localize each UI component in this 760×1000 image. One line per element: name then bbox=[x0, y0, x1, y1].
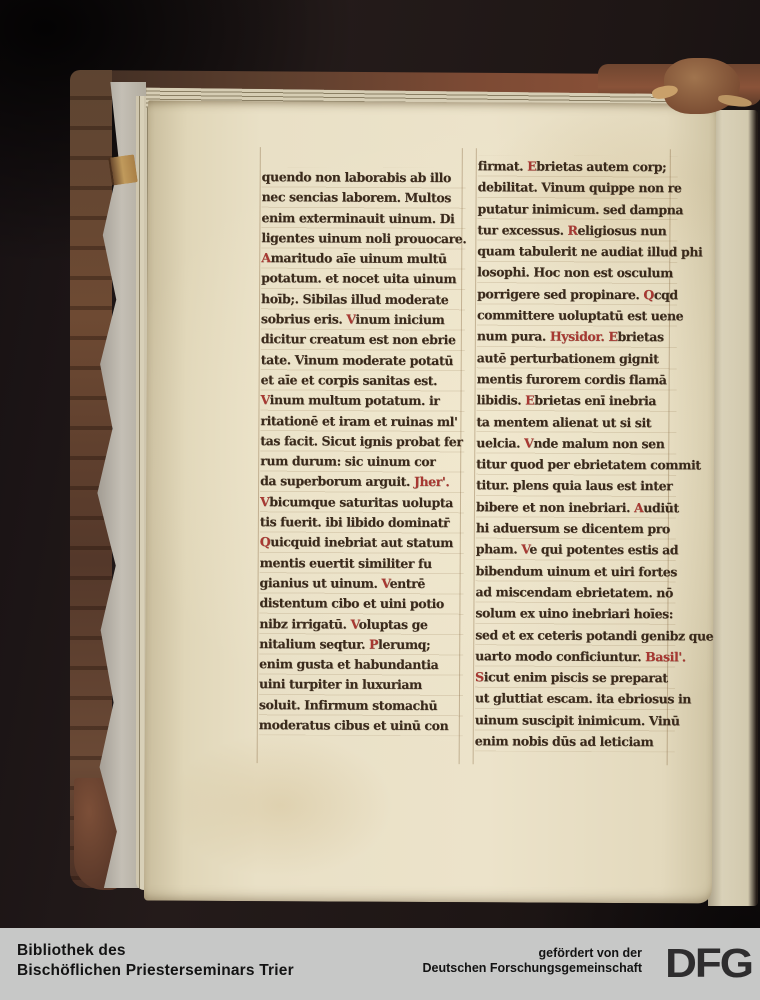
footer-bar: Bibliothek des Bischöflichen Priestersem… bbox=[0, 928, 760, 1000]
rubric-text: Jher'. bbox=[414, 474, 449, 489]
rubric-text: R bbox=[567, 223, 577, 238]
manuscript-line: moderatus cibus et uinū con bbox=[259, 715, 463, 736]
manuscript-line: enim gusta et habundantia bbox=[259, 654, 463, 675]
rubric-text: Basil'. bbox=[645, 649, 686, 664]
manuscript-line: hi aduersum se dicentem pro bbox=[476, 517, 676, 539]
manuscript-line: losophi. Hoc non est osculum bbox=[477, 262, 677, 284]
manuscript-line: bibere et non inebriari. Audiūt bbox=[476, 496, 676, 518]
photo-area: quendo non laborabis ab illonec sencias … bbox=[0, 0, 760, 928]
manuscript-page: quendo non laborabis ab illonec sencias … bbox=[144, 101, 716, 904]
manuscript-line: uinum suscipit inimicum. Vinū bbox=[475, 709, 675, 731]
manuscript-line: ritationē et iram et ruinas ml' bbox=[260, 411, 464, 432]
rubric-text: A bbox=[634, 500, 643, 515]
manuscript-line: putatur inimicum. sed dampna bbox=[477, 198, 677, 220]
rubric-text: Q bbox=[260, 534, 271, 549]
manuscript-line: Sicut enim piscis se preparat bbox=[475, 666, 675, 688]
funding-credit-line1: gefördert von der bbox=[423, 946, 643, 961]
manuscript-line: sobrius eris. Vinum inicium bbox=[261, 309, 465, 330]
digitized-manuscript-scan: quendo non laborabis ab illonec sencias … bbox=[0, 0, 760, 1000]
rubric-text: P bbox=[369, 637, 378, 652]
manuscript-line: ut gluttiat escam. ita ebriosus in bbox=[475, 688, 675, 710]
manuscript-line: gianius ut uinum. Ventrē bbox=[260, 573, 464, 594]
manuscript-line: solum ex uino inebriari hoīes: bbox=[475, 602, 675, 624]
manuscript-line: et aīe et corpis sanitas est. bbox=[261, 370, 465, 391]
rubric-text: E bbox=[608, 329, 617, 344]
manuscript-line: debilitat. Vinum quippe non re bbox=[478, 177, 678, 199]
manuscript-line: uini turpiter in luxuriam bbox=[259, 675, 463, 696]
manuscript-line: tas facit. Sicut ignis probat fer bbox=[260, 431, 464, 452]
library-name-line2: Bischöflichen Priesterseminars Trier bbox=[17, 961, 294, 981]
manuscript-line: potatum. et nocet uita uinum bbox=[261, 269, 465, 290]
manuscript-line: ta mentem alienat ut si sit bbox=[476, 411, 676, 433]
manuscript-line: enim exterminauit uinum. Di bbox=[261, 208, 465, 229]
library-name: Bibliothek des Bischöflichen Priestersem… bbox=[17, 941, 294, 981]
manuscript-line: pham. Ve qui potentes estis ad bbox=[476, 539, 676, 561]
manuscript-line: rum durum: sic uinum cor bbox=[260, 451, 464, 472]
manuscript-line: mentis furorem cordis flamā bbox=[477, 368, 677, 390]
manuscript-line: distentum cibo et uini potio bbox=[259, 593, 463, 614]
manuscript-line: ligentes uinum noli prouocare. bbox=[261, 228, 465, 249]
dfg-logo: DFG bbox=[665, 941, 752, 987]
manuscript-line: Amaritudo aīe uinum multū bbox=[261, 248, 465, 269]
rubric-text: Q bbox=[643, 287, 654, 302]
rubric-text: V bbox=[524, 435, 533, 450]
manuscript-line: dicitur creatum est non ebrie bbox=[261, 329, 465, 350]
manuscript-line: sed et ex ceteris potandi genibz que bbox=[475, 624, 675, 646]
rubric-text: E bbox=[525, 393, 534, 408]
manuscript-line: nec sencias laborem. Multos bbox=[262, 187, 466, 208]
manuscript-line: ad miscendam ebrietatem. nō bbox=[475, 581, 675, 603]
manuscript-line: tate. Vinum moderate potatū bbox=[261, 350, 465, 371]
manuscript-line: Vinum multum potatum. ir bbox=[260, 390, 464, 411]
manuscript-line: libidis. Ebrietas enī inebria bbox=[476, 390, 676, 412]
manuscript-line: autē perturbationem gignit bbox=[477, 347, 677, 369]
funding-credit-line2: Deutschen Forschungsgemeinschaft bbox=[423, 961, 643, 976]
manuscript-line: uelcia. Vnde malum non sen bbox=[476, 432, 676, 454]
manuscript-line: nitalium seqtur. Plerumq; bbox=[259, 634, 463, 655]
manuscript-line: firmat. Ebrietas autem corp; bbox=[478, 155, 678, 177]
manuscript-line: Vbicumque saturitas uolupta bbox=[260, 492, 464, 513]
rubric-text: V bbox=[260, 392, 269, 407]
manuscript-line: bibendum uinum et uiri fortes bbox=[476, 560, 676, 582]
manuscript-line: quendo non laborabis ab illo bbox=[262, 167, 466, 188]
bookmark-tab bbox=[108, 154, 138, 185]
manuscript-line: soluit. Infirmum stomachū bbox=[259, 695, 463, 716]
funding-credit: gefördert von der Deutschen Forschungsge… bbox=[423, 946, 643, 976]
manuscript-line: uarto modo conficiuntur. Basil'. bbox=[475, 645, 675, 667]
rubric-text: V bbox=[260, 494, 269, 509]
rubric-text: S bbox=[475, 669, 484, 684]
manuscript-line: num pura. Hysidor. Ebrietas bbox=[477, 326, 677, 348]
rubric-text: Hysidor. bbox=[550, 329, 605, 344]
manuscript-line: committere uoluptatū est uene bbox=[477, 304, 677, 326]
manuscript-line: hoīb;. Sibilas illud moderate bbox=[261, 289, 465, 310]
rubric-text: A bbox=[261, 250, 270, 265]
rubric-text: V bbox=[521, 542, 529, 557]
manuscript-line: da superborum arguit. Jher'. bbox=[260, 472, 464, 493]
manuscript-line: tis fuerit. ibi libido dominatr̄ bbox=[260, 512, 464, 533]
rubric-text: V bbox=[381, 576, 389, 591]
manuscript-line: titur quod per ebrietatem commit bbox=[476, 453, 676, 475]
text-column-left: quendo non laborabis ab illonec sencias … bbox=[259, 167, 466, 736]
manuscript-line: nibz irrigatū. Voluptas ge bbox=[259, 614, 463, 635]
manuscript-line: porrigere sed propinare. Qcqd bbox=[477, 283, 677, 305]
library-name-line1: Bibliothek des bbox=[17, 941, 294, 961]
text-column-right: firmat. Ebrietas autem corp;debilitat. V… bbox=[475, 155, 678, 752]
manuscript-line: Quicquid inebriat aut statum bbox=[260, 532, 464, 553]
manuscript-line: quam tabulerit ne audiat illud phi bbox=[477, 240, 677, 262]
manuscript-line: tur excessus. Religiosus nun bbox=[477, 219, 677, 241]
following-page-edge bbox=[708, 110, 758, 906]
manuscript-line: mentis euertit similiter fu bbox=[260, 553, 464, 574]
manuscript-line: enim nobis dūs ad leticiam bbox=[475, 730, 675, 752]
manuscript-line: titur. plens quia laus est inter bbox=[476, 475, 676, 497]
